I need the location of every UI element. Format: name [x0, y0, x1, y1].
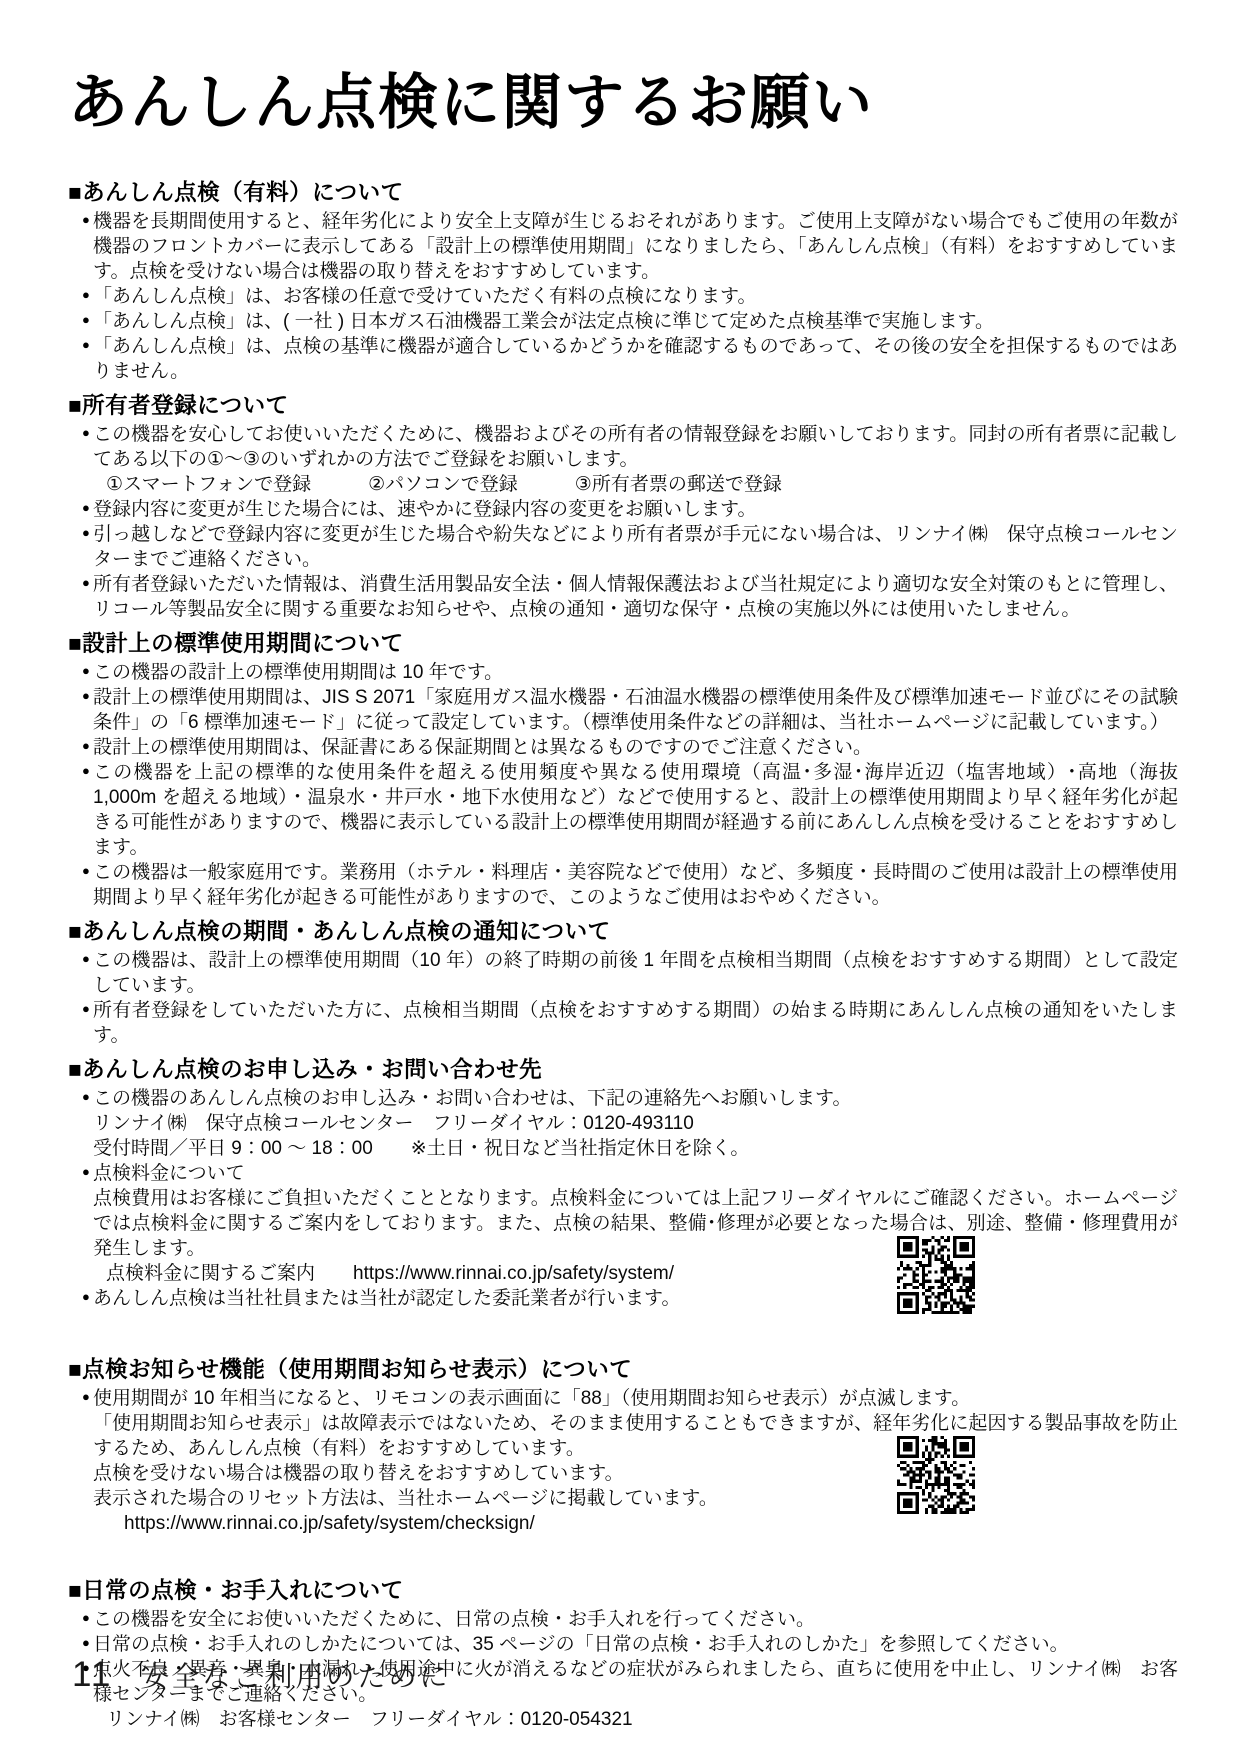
- sections: ■あんしん点検（有料）について●機器を長期間使用すると、経年劣化により安全上支障…: [68, 180, 1178, 1732]
- item-text: 日常の点検・お手入れのしかたについては、35 ページの「日常の点検・お手入れのし…: [93, 1634, 1069, 1655]
- bullet-icon: ●: [82, 1290, 90, 1303]
- document-page: あんしん点検に関するお願い ■あんしん点検（有料）について●機器を長期間使用する…: [0, 0, 1240, 1754]
- item-text: 「あんしん点検」は、お客様の任意で受けていただく有料の点検になります。: [93, 286, 756, 307]
- item-text: 設計上の標準使用期間は、保証書にある保証期間とは異なるものですのでご注意ください…: [93, 737, 872, 758]
- bullet-icon: ●: [82, 1611, 90, 1624]
- section-header: ■あんしん点検の期間・あんしん点検の通知について: [68, 919, 1178, 945]
- footer-section-title: 安全なご利用のために: [140, 1655, 450, 1695]
- section-4: ■あんしん点検のお申し込み・お問い合わせ先●この機器のあんしん点検のお申し込み・…: [68, 1057, 1178, 1311]
- bullet-item: ●あんしん点検は当社社員または当社が認定した委託業者が行います。: [68, 1286, 1178, 1311]
- bullet-item: ●所有者登録をしていただいた方に、点検相当期間（点検をおすすめする期間）の始まる…: [68, 998, 1178, 1048]
- item-text: この機器を安心してお使いいただくために、機器およびその所有者の情報登録をお願いし…: [93, 424, 1178, 470]
- bullet-item: ●この機器を安全にお使いいただくために、日常の点検・お手入れを行ってください。: [68, 1607, 1178, 1632]
- item-text: 所有者登録をしていただいた方に、点検相当期間（点検をおすすめする期間）の始まる時…: [93, 1000, 1178, 1046]
- bullet-icon: ●: [82, 576, 90, 589]
- bullet-item: ●この機器のあんしん点検のお申し込み・お問い合わせは、下記の連絡先へお願いします…: [68, 1086, 1178, 1111]
- text-line: ①スマートフォンで登録 ②パソコンで登録 ③所有者票の郵送で登録: [68, 472, 1178, 497]
- bullet-item: ●この機器は一般家庭用です。業務用（ホテル・料理店・美容院などで使用）など、多頻…: [68, 860, 1178, 910]
- text-line: 表示された場合のリセット方法は、当社ホームページに掲載しています。: [68, 1486, 1178, 1511]
- bullet-item: ●この機器を上記の標準的な使用条件を超える使用頻度や異なる使用環境（高温･多湿･…: [68, 760, 1178, 860]
- item-text: 受付時間／平日 9：00 ～ 18：00 ※土日・祝日など当社指定休日を除く。: [93, 1138, 749, 1159]
- item-text: 点検料金に関するご案内 https://www.rinnai.co.jp/saf…: [106, 1263, 674, 1284]
- item-text: 登録内容に変更が生じた場合には、速やかに登録内容の変更をお願いします。: [93, 499, 756, 520]
- bullet-item: ●引っ越しなどで登録内容に変更が生じた場合や紛失などにより所有者票が手元にない場…: [68, 522, 1178, 572]
- section-header: ■点検お知らせ機能（使用期間お知らせ表示）について: [68, 1357, 1178, 1383]
- item-text: 点検料金について: [93, 1163, 245, 1184]
- bullet-item: ●設計上の標準使用期間は、保証書にある保証期間とは異なるものですのでご注意くださ…: [68, 735, 1178, 760]
- bullet-item: ●「あんしん点検」は、点検の基準に機器が適合しているかどうかを確認するものであっ…: [68, 334, 1178, 384]
- item-text: リンナイ㈱ お客様センター フリーダイヤル：0120-054321: [106, 1709, 633, 1730]
- section-3: ■あんしん点検の期間・あんしん点検の通知について●この機器は、設計上の標準使用期…: [68, 919, 1178, 1048]
- bullet-item: ●この機器を安心してお使いいただくために、機器およびその所有者の情報登録をお願い…: [68, 422, 1178, 472]
- bullet-item: ●使用期間が 10 年相当になると、リモコンの表示画面に「88」（使用期間お知ら…: [68, 1386, 1178, 1411]
- bullet-item: ●日常の点検・お手入れのしかたについては、35 ページの「日常の点検・お手入れの…: [68, 1632, 1178, 1657]
- text-line: 「使用期間お知らせ表示」は故障表示ではないため、そのまま使用することもできますが…: [68, 1411, 1178, 1461]
- text-line: リンナイ㈱ 保守点検コールセンター フリーダイヤル：0120-493110: [68, 1111, 1178, 1136]
- bullet-icon: ●: [82, 764, 90, 777]
- bullet-icon: ●: [82, 864, 90, 877]
- bullet-icon: ●: [82, 1636, 90, 1649]
- bullet-item: ●登録内容に変更が生じた場合には、速やかに登録内容の変更をお願いします。: [68, 497, 1178, 522]
- section-header: ■設計上の標準使用期間について: [68, 631, 1178, 657]
- section-header: ■所有者登録について: [68, 393, 1178, 419]
- bullet-icon: ●: [82, 664, 90, 677]
- text-line: https://www.rinnai.co.jp/safety/system/c…: [68, 1511, 1178, 1536]
- document-content: あんしん点検に関するお願い ■あんしん点検（有料）について●機器を長期間使用する…: [0, 0, 1240, 1732]
- bullet-item: ●点検料金について: [68, 1161, 1178, 1186]
- bullet-icon: ●: [82, 1165, 90, 1178]
- page-title: あんしん点検に関するお願い: [68, 66, 1178, 140]
- item-text: この機器を安全にお使いいただくために、日常の点検・お手入れを行ってください。: [93, 1609, 815, 1630]
- bullet-icon: ●: [82, 1090, 90, 1103]
- bullet-item: ●この機器の設計上の標準使用期間は 10 年です。: [68, 660, 1178, 685]
- text-line: 点検料金に関するご案内 https://www.rinnai.co.jp/saf…: [68, 1261, 1178, 1286]
- item-text: https://www.rinnai.co.jp/safety/system/c…: [124, 1513, 535, 1534]
- bullet-icon: ●: [82, 1390, 90, 1403]
- section-1: ■所有者登録について●この機器を安心してお使いいただくために、機器およびその所有…: [68, 393, 1178, 622]
- item-text: リンナイ㈱ 保守点検コールセンター フリーダイヤル：0120-493110: [93, 1113, 694, 1134]
- bullet-icon: ●: [82, 689, 90, 702]
- item-text: 表示された場合のリセット方法は、当社ホームページに掲載しています。: [93, 1488, 718, 1509]
- item-text: ①スマートフォンで登録 ②パソコンで登録 ③所有者票の郵送で登録: [106, 474, 782, 495]
- bullet-icon: ●: [82, 952, 90, 965]
- item-text: この機器は一般家庭用です。業務用（ホテル・料理店・美容院などで使用）など、多頻度…: [93, 862, 1178, 908]
- bullet-item: ●この機器は、設計上の標準使用期間（10 年）の終了時期の前後 1 年間を点検相…: [68, 948, 1178, 998]
- section-0: ■あんしん点検（有料）について●機器を長期間使用すると、経年劣化により安全上支障…: [68, 180, 1178, 384]
- item-text: 「使用期間お知らせ表示」は故障表示ではないため、そのまま使用することもできますが…: [93, 1413, 1178, 1459]
- section-header: ■あんしん点検（有料）について: [68, 180, 1178, 206]
- page-footer: 11 安全なご利用のために: [72, 1655, 450, 1695]
- bullet-icon: ●: [82, 213, 90, 226]
- item-text: 設計上の標準使用期間は、JIS S 2071「家庭用ガス温水機器・石油温水機器の…: [93, 687, 1178, 733]
- text-line: 受付時間／平日 9：00 ～ 18：00 ※土日・祝日など当社指定休日を除く。: [68, 1136, 1178, 1161]
- item-text: 機器を長期間使用すると、経年劣化により安全上支障が生じるおそれがあります。ご使用…: [93, 211, 1178, 282]
- text-line: 点検費用はお客様にご負担いただくこととなります。点検料金については上記フリーダイ…: [68, 1186, 1178, 1261]
- bullet-icon: ●: [82, 426, 90, 439]
- section-5: ■点検お知らせ機能（使用期間お知らせ表示）について●使用期間が 10 年相当にな…: [68, 1357, 1178, 1536]
- text-line: 点検を受けない場合は機器の取り替えをおすすめしています。: [68, 1461, 1178, 1486]
- item-text: この機器は、設計上の標準使用期間（10 年）の終了時期の前後 1 年間を点検相当…: [93, 950, 1178, 996]
- bullet-icon: ●: [82, 1002, 90, 1015]
- bullet-icon: ●: [82, 526, 90, 539]
- item-text: 点検費用はお客様にご負担いただくこととなります。点検料金については上記フリーダイ…: [93, 1188, 1178, 1259]
- item-text: 所有者登録いただいた情報は、消費生活用製品安全法・個人情報保護法および当社規定に…: [93, 574, 1178, 620]
- item-text: 引っ越しなどで登録内容に変更が生じた場合や紛失などにより所有者票が手元にない場合…: [93, 524, 1178, 570]
- item-text: 「あんしん点検」は、( 一社 ) 日本ガス石油機器工業会が法定点検に準じて定めた…: [93, 311, 994, 332]
- bullet-item: ●機器を長期間使用すると、経年劣化により安全上支障が生じるおそれがあります。ご使…: [68, 209, 1178, 284]
- qr-code-reset-method: [897, 1436, 975, 1514]
- bullet-icon: ●: [82, 288, 90, 301]
- page-number: 11: [72, 1655, 112, 1695]
- item-text: 使用期間が 10 年相当になると、リモコンの表示画面に「88」（使用期間お知らせ…: [93, 1388, 970, 1409]
- bullet-icon: ●: [82, 739, 90, 752]
- bullet-icon: ●: [82, 313, 90, 326]
- qr-code-inspection-fee: [897, 1236, 975, 1314]
- bullet-icon: ●: [82, 338, 90, 351]
- section-header: ■あんしん点検のお申し込み・お問い合わせ先: [68, 1057, 1178, 1083]
- bullet-icon: ●: [82, 501, 90, 514]
- item-text: この機器を上記の標準的な使用条件を超える使用頻度や異なる使用環境（高温･多湿･海…: [93, 762, 1178, 858]
- item-text: 点検を受けない場合は機器の取り替えをおすすめしています。: [93, 1463, 624, 1484]
- bullet-item: ●「あんしん点検」は、( 一社 ) 日本ガス石油機器工業会が法定点検に準じて定め…: [68, 309, 1178, 334]
- item-text: あんしん点検は当社社員または当社が認定した委託業者が行います。: [93, 1288, 680, 1309]
- item-text: この機器のあんしん点検のお申し込み・お問い合わせは、下記の連絡先へお願いします。: [93, 1088, 851, 1109]
- item-text: 「あんしん点検」は、点検の基準に機器が適合しているかどうかを確認するものであって…: [93, 336, 1178, 382]
- bullet-item: ●設計上の標準使用期間は、JIS S 2071「家庭用ガス温水機器・石油温水機器…: [68, 685, 1178, 735]
- bullet-item: ●所有者登録いただいた情報は、消費生活用製品安全法・個人情報保護法および当社規定…: [68, 572, 1178, 622]
- section-header: ■日常の点検・お手入れについて: [68, 1578, 1178, 1604]
- section-2: ■設計上の標準使用期間について●この機器の設計上の標準使用期間は 10 年です。…: [68, 631, 1178, 910]
- item-text: この機器の設計上の標準使用期間は 10 年です。: [93, 662, 503, 683]
- text-line: リンナイ㈱ お客様センター フリーダイヤル：0120-054321: [68, 1707, 1178, 1732]
- bullet-item: ●「あんしん点検」は、お客様の任意で受けていただく有料の点検になります。: [68, 284, 1178, 309]
